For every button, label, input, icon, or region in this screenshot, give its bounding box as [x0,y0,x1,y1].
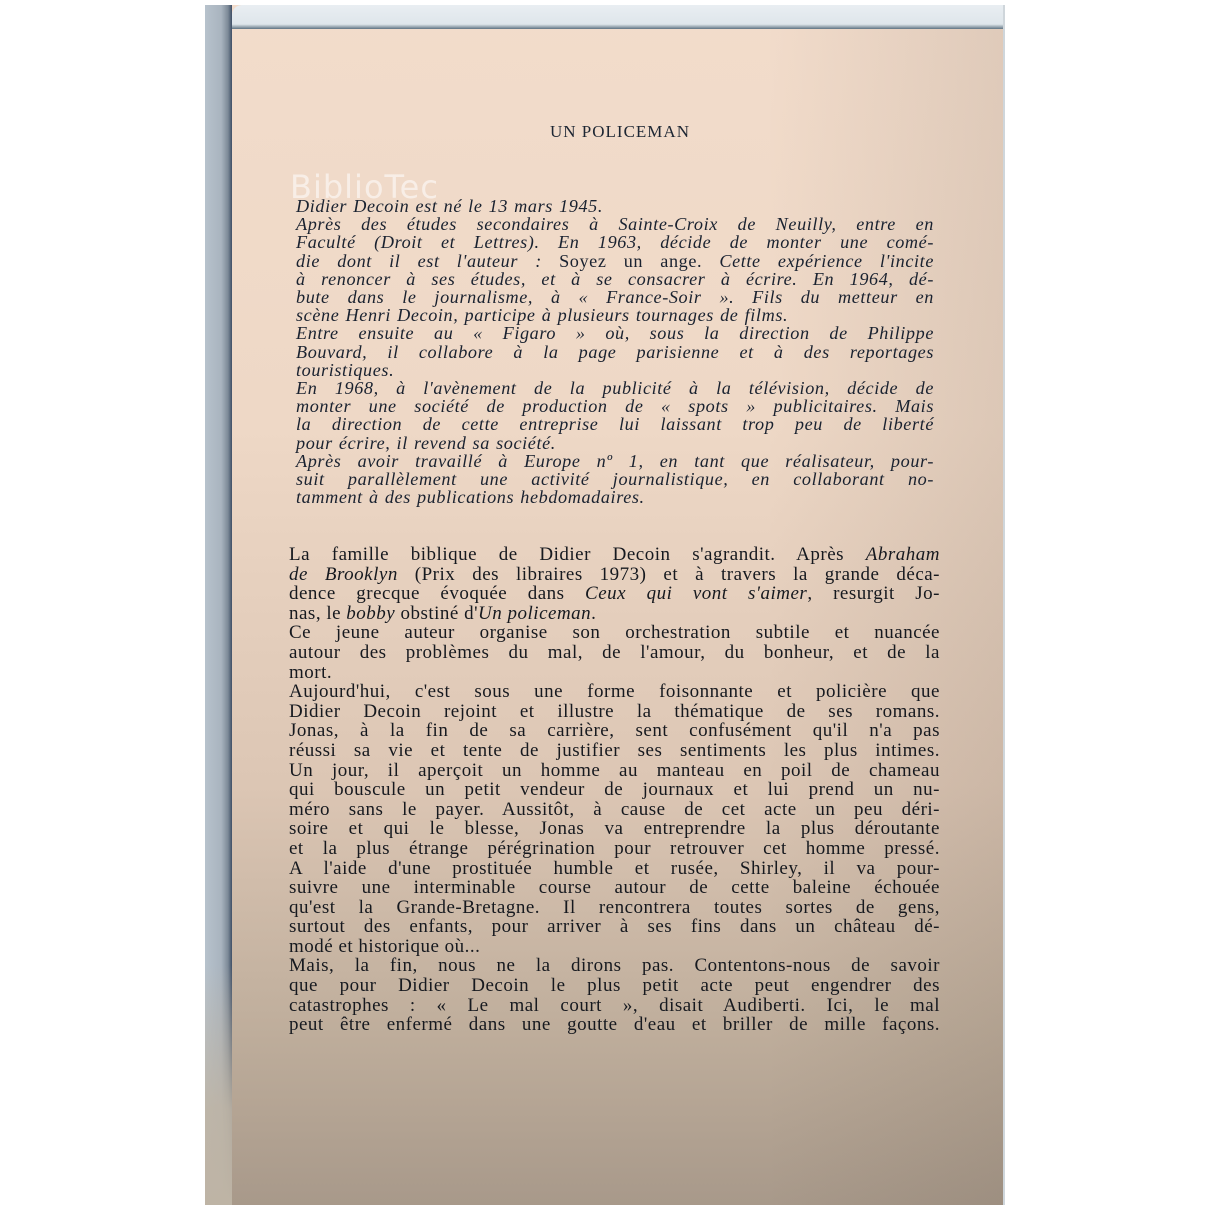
book-blurb: La famille biblique de Didier Decoin s'a… [289,545,940,1035]
bio-line: suit parallèlement une activité journali… [296,470,934,488]
page-top-edge [232,5,1005,29]
text-segment: die dont il est l'auteur : [296,251,559,271]
blurb-line: qui bouscule un petit vendeur de journau… [289,780,940,800]
blurb-line: que pour Didier Decoin le plus petit act… [289,976,940,996]
bio-line: En 1968, à l'avènement de la publicité à… [296,379,934,397]
text-segment: dence grecque évoquée dans [289,583,585,604]
blurb-line: La famille biblique de Didier Decoin s'a… [289,545,940,565]
blurb-line: dence grecque évoquée dans Ceux qui vont… [289,584,940,604]
blurb-line: A l'aide d'une prostituée humble et rusé… [289,859,940,879]
blurb-line: Mais, la fin, nous ne la dirons pas. Con… [289,956,940,976]
emphasis-text: Ceux qui vont s'aimer [585,583,807,604]
emphasis-text: Abraham [866,544,940,565]
text-segment: obstiné d' [395,603,478,624]
bio-line: scène Henri Decoin, participe à plusieur… [296,306,934,324]
bio-line: à renoncer à ses études, et à se consacr… [296,270,934,288]
emphasis-text: bobby [346,603,395,624]
blurb-line: suivre une interminable course autour de… [289,878,940,898]
bio-line: la direction de cette entreprise lui lai… [296,415,934,433]
blurb-line: et la plus étrange pérégrination pour re… [289,839,940,859]
blurb-line: modé et historique où... [289,937,940,957]
bio-line: die dont il est l'auteur : Soyez un ange… [296,252,934,270]
bio-line: monter une société de production de « sp… [296,397,934,415]
text-segment: (Prix des libraires 1973) et à travers l… [398,564,940,585]
blurb-line: catastrophes : « Le mal court », disait … [289,996,940,1016]
bio-line: tamment à des publications hebdomadaires… [296,488,934,506]
blurb-line: autour des problèmes du mal, de l'amour,… [289,643,940,663]
bio-line: Bouvard, il collabore à la page parisien… [296,343,934,361]
blurb-line: Didier Decoin rejoint et illustre la thé… [289,702,940,722]
text-segment: . [591,603,596,624]
blurb-line: soire et qui le blesse, Jonas va entrepr… [289,819,940,839]
blurb-line: peut être enfermé dans une goutte d'eau … [289,1015,940,1035]
bio-line: Après des études secondaires à Sainte-Cr… [296,215,934,233]
blurb-line: Un jour, il aperçoit un homme au manteau… [289,761,940,781]
bio-line: pour écrire, il revend sa société. [296,434,934,452]
bio-line: Faculté (Droit et Lettres). En 1963, déc… [296,233,934,251]
text-segment: Cette expérience l'incite [702,251,934,271]
bio-line: Entre ensuite au « Figaro » où, sous la … [296,324,934,342]
blurb-line: surtout des enfants, pour arriver à ses … [289,917,940,937]
page-right-edge [1003,5,1005,1205]
author-biography: Didier Decoin est né le 13 mars 1945.Apr… [296,197,934,506]
book-spine-lower [205,5,232,1205]
blurb-line: qu'est la Grande-Bretagne. Il rencontrer… [289,898,940,918]
blurb-line: Ce jeune auteur organise son orchestrati… [289,623,940,643]
blurb-line: réussi sa vie et tente de justifier ses … [289,741,940,761]
emphasis-text: Soyez un ange. [559,251,702,271]
text-segment: nas, le [289,603,346,624]
emphasis-text: Un policeman [478,603,591,624]
text-segment: La famille biblique de Didier Decoin s'a… [289,544,866,565]
bio-line: Didier Decoin est né le 13 mars 1945. [296,197,934,215]
blurb-line: Jonas, à la fin de sa carrière, sent con… [289,721,940,741]
blurb-line: nas, le bobby obstiné d'Un policeman. [289,604,940,624]
blurb-line: Aujourd'hui, c'est sous une forme foison… [289,682,940,702]
bio-line: Après avoir travaillé à Europe nº 1, en … [296,452,934,470]
blurb-line: méro sans le payer. Aussitôt, à cause de… [289,800,940,820]
text-segment: , resurgit Jo- [807,583,940,604]
blurb-line: de Brooklyn (Prix des libraires 1973) et… [289,565,940,585]
bio-line: bute dans le journalisme, à « France-Soi… [296,288,934,306]
emphasis-text: de Brooklyn [289,564,398,585]
blurb-line: mort. [289,663,940,683]
page-title: UN POLICEMAN [280,122,960,142]
bio-line: touristiques. [296,361,934,379]
